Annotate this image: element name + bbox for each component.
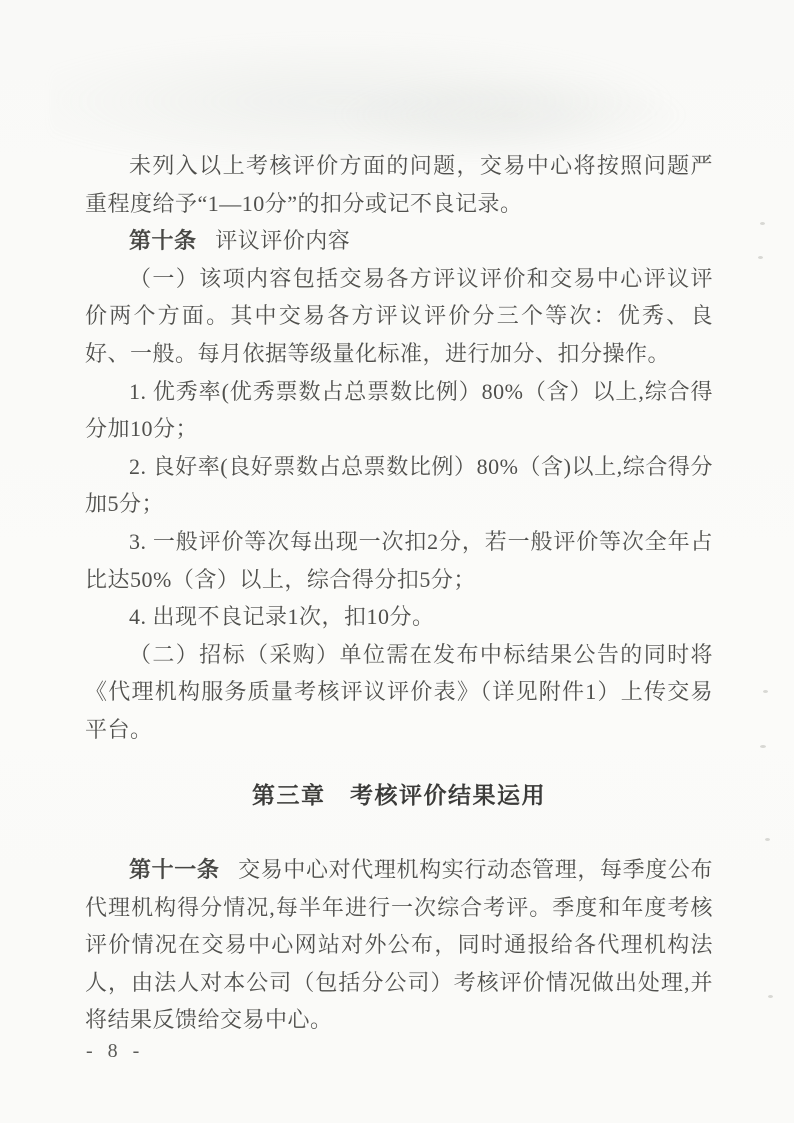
article-11-body: 交易中心对代理机构实行动态管理，每季度公布代理机构得分情况,每半年进行一次综合考… bbox=[85, 857, 713, 1032]
paragraph-penalty-note: 未列入以上考核评价方面的问题，交易中心将按照问题严重程度给予“1—10分”的扣分… bbox=[85, 147, 713, 222]
page-number-footer: - 8 - bbox=[86, 1040, 144, 1063]
paragraph-item-2-upload: （二）招标（采购）单位需在发布中标结果公告的同时将《代理机构服务质量考核评议评价… bbox=[85, 636, 713, 749]
scanned-document-page: 未列入以上考核评价方面的问题，交易中心将按照问题严重程度给予“1—10分”的扣分… bbox=[0, 0, 794, 1123]
scan-speck bbox=[760, 745, 766, 748]
article-10-label: 第十条 bbox=[129, 228, 197, 253]
paragraph-rule-good-rate: 2. 良好率(良好票数占总票数比例）80%（含)以上,综合得分加5分； bbox=[85, 448, 713, 523]
paragraph-rule-bad-record: 4. 出现不良记录1次，扣10分。 bbox=[85, 598, 713, 636]
article-11-paragraph: 第十一条交易中心对代理机构实行动态管理，每季度公布代理机构得分情况,每半年进行一… bbox=[85, 851, 713, 1039]
scan-speck bbox=[760, 222, 765, 225]
article-11-label: 第十一条 bbox=[129, 857, 219, 882]
chapter-3-heading: 第三章 考核评价结果运用 bbox=[85, 777, 713, 815]
scan-speck bbox=[763, 690, 768, 693]
scan-speck bbox=[758, 256, 763, 259]
paragraph-rule-excellent-rate: 1. 优秀率(优秀票数占总票数比例）80%（含）以上,综合得分加10分； bbox=[85, 373, 713, 448]
scan-speck bbox=[765, 838, 770, 841]
document-body: 未列入以上考核评价方面的问题，交易中心将按照问题严重程度给予“1—10分”的扣分… bbox=[85, 147, 713, 1039]
paragraph-item-1-scope: （一）该项内容包括交易各方评议评价和交易中心评议评价两个方面。其中交易各方评议评… bbox=[85, 260, 713, 373]
scan-speck bbox=[768, 995, 773, 998]
paragraph-rule-general-grade: 3. 一般评价等次每出现一次扣2分，若一般评价等次全年占比达50%（含）以上，综… bbox=[85, 523, 713, 598]
article-10-title: 评议评价内容 bbox=[215, 228, 350, 253]
article-10-heading: 第十条评议评价内容 bbox=[85, 222, 713, 260]
